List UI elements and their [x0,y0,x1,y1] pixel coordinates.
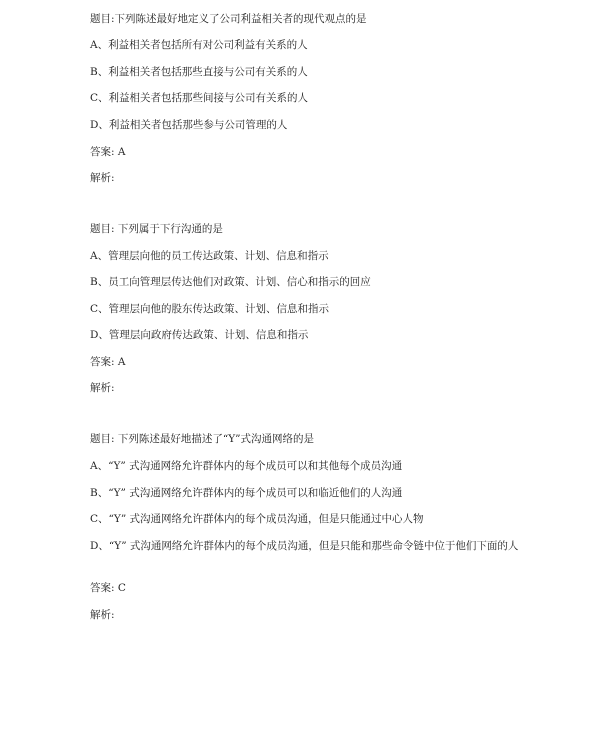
question-1-option-b: B、利益相关者包括那些直接与公司有关系的人 [90,65,308,79]
question-3-title: 题目: 下列陈述最好地描述了“Y”式沟通网络的是 [90,432,314,446]
question-3-option-a: A、“Y” 式沟通网络允许群体内的每个成员可以和其他每个成员沟通 [90,459,402,473]
question-1-analysis: 解析: [90,171,115,185]
question-3-option-d: D、“Y” 式沟通网络允许群体内的每个成员沟通，但是只能和那些命令链中位于他们下… [90,539,520,553]
question-2-title: 题目: 下列属于下行沟通的是 [90,222,223,236]
question-3-option-c: C、“Y” 式沟通网络允许群体内的每个成员沟通，但是只能通过中心人物 [90,512,424,526]
question-1-answer: 答案: A [90,145,125,159]
question-3-option-b: B、“Y” 式沟通网络允许群体内的每个成员可以和临近他们的人沟通 [90,486,402,500]
question-2-option-a: A、管理层向他的员工传达政策、计划、信息和指示 [90,249,329,263]
question-2-answer: 答案: A [90,355,125,369]
question-1-option-d: D、利益相关者包括那些参与公司管理的人 [90,118,287,132]
question-1-option-c: C、利益相关者包括那些间接与公司有关系的人 [90,91,308,105]
document-page: 题目:下列陈述最好地定义了公司利益相关者的现代观点的是 A、利益相关者包括所有对… [0,0,612,732]
question-2-option-d: D、管理层向政府传达政策、计划、信息和指示 [90,328,308,342]
question-1-title: 题目:下列陈述最好地定义了公司利益相关者的现代观点的是 [90,12,367,26]
question-2-option-c: C、管理层向他的股东传达政策、计划、信息和指示 [90,302,329,316]
question-3-answer: 答案: C [90,581,126,595]
question-1-option-a: A、利益相关者包括所有对公司利益有关系的人 [90,38,308,52]
question-2-option-b: B、员工向管理层传达他们对政策、计划、信心和指示的回应 [90,275,371,289]
question-3-analysis: 解析: [90,608,115,622]
question-2-analysis: 解析: [90,381,115,395]
